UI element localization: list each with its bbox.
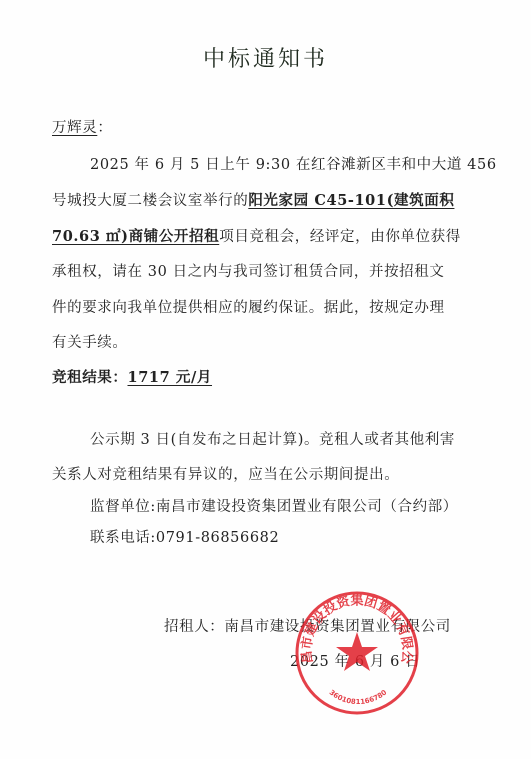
supervisor: 监督单位:南昌市建设投资集团置业有限公司（合约部） bbox=[90, 497, 458, 517]
notice-line-2: 关系人对竞租结果有异议的，应当在公示期间提出。 bbox=[52, 465, 399, 485]
document-page: 中标通知书 万辉灵： 2025 年 6 月 5 日上午 9:30 在红谷滩新区丰… bbox=[0, 0, 531, 759]
issuer-value: 南昌市建设投资集团置业有限公司 bbox=[224, 619, 451, 635]
body-line-5: 件的要求向我单位提供相应的履约保证。据此，按规定办理 bbox=[52, 298, 445, 318]
supervisor-value: 南昌市建设投资集团置业有限公司（合约部） bbox=[156, 499, 458, 515]
project-name-part2: 70.63 ㎡)商铺公开招租 bbox=[52, 228, 219, 245]
bid-result: 竞租结果：1717 元/月 bbox=[52, 368, 212, 388]
body-line-2: 号城投大厦二楼会议室举行的阳光家园 C45-101(建筑面积 bbox=[52, 191, 454, 211]
contact-phone: 联系电话:0791-86856682 bbox=[90, 528, 279, 548]
body-line-2-prefix: 号城投大厦二楼会议室举行的 bbox=[52, 193, 248, 209]
document-title: 中标通知书 bbox=[0, 42, 531, 73]
body-line-4: 承租权，请在 30 日之内与我司签订租赁合同，并按招租文 bbox=[52, 262, 444, 282]
body-line-3-suffix: 项目竞租会，经评定，由你单位获得 bbox=[219, 229, 461, 245]
body-line-6: 有关手续。 bbox=[52, 333, 128, 353]
notice-line-1: 公示期 3 日(自发布之日起计算)。竞租人或者其他利害 bbox=[90, 430, 455, 450]
addressee-colon: ： bbox=[97, 120, 112, 136]
body-line-3: 70.63 ㎡)商铺公开招租项目竞租会，经评定，由你单位获得 bbox=[52, 227, 461, 247]
issuer-label: 招租人： bbox=[164, 619, 224, 635]
bid-result-value: 1717 元/月 bbox=[128, 369, 213, 386]
issuer: 招租人：南昌市建设投资集团置业有限公司 bbox=[164, 617, 451, 637]
phone-value: 0791-86856682 bbox=[156, 530, 279, 546]
bid-result-label: 竞租结果： bbox=[52, 369, 128, 386]
seal-code: 3601081166780 bbox=[328, 688, 389, 706]
addressee-name: 万辉灵 bbox=[52, 120, 97, 136]
svg-text:3601081166780: 3601081166780 bbox=[328, 688, 389, 706]
issue-date: 2025 年 6 月 6 日 bbox=[290, 652, 420, 672]
body-line-1: 2025 年 6 月 5 日上午 9:30 在红谷滩新区丰和中大道 456 bbox=[90, 155, 497, 175]
phone-label: 联系电话: bbox=[90, 530, 156, 546]
addressee: 万辉灵： bbox=[52, 118, 112, 138]
project-name-part1: 阳光家园 C45-101(建筑面积 bbox=[248, 192, 454, 209]
supervisor-label: 监督单位: bbox=[90, 499, 156, 515]
